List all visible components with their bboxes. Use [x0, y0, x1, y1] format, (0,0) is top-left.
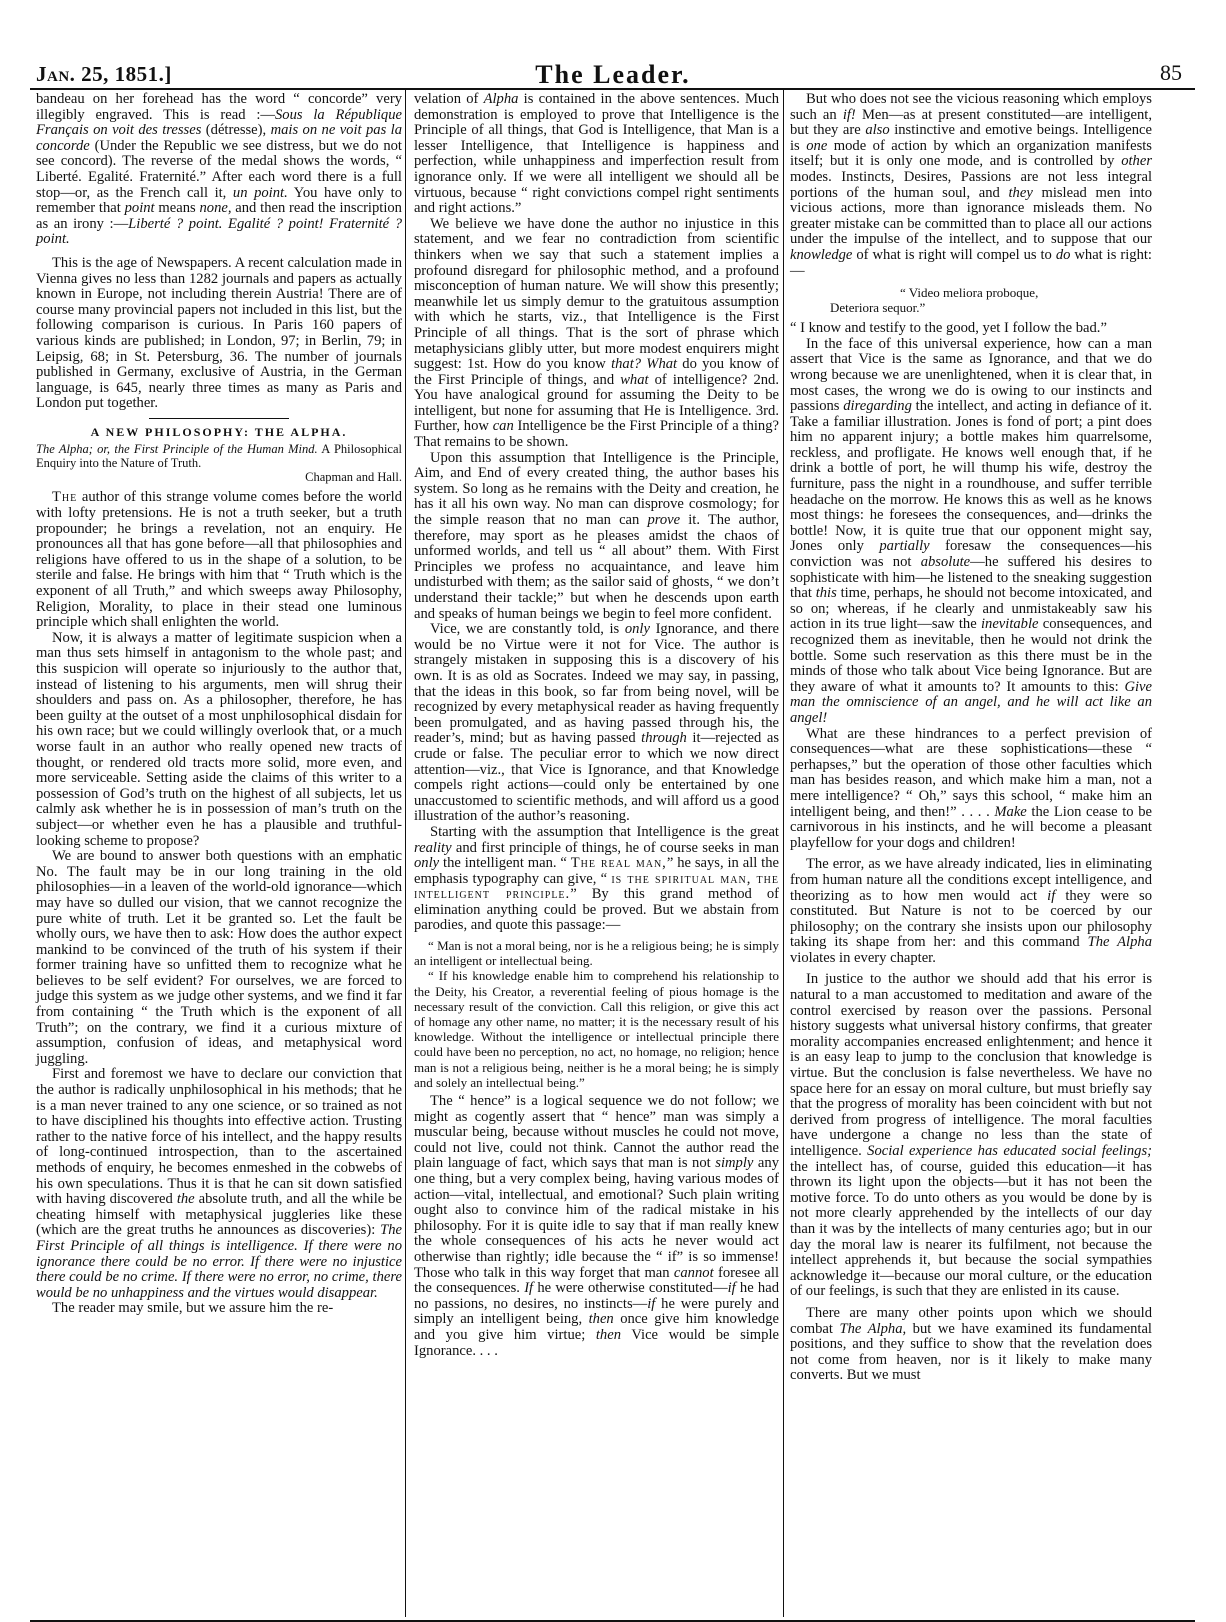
text: Starting with the assumption that Intell…	[430, 824, 779, 840]
text-italic: knowledge	[790, 247, 852, 263]
text-italic: what	[620, 372, 648, 388]
text-italic: only	[625, 621, 650, 637]
paragraph-medal: bandeau on her forehead has the word “ c…	[36, 92, 402, 248]
quote-paragraph: “ Man is not a moral being, nor is he a …	[414, 938, 779, 968]
text-italic: point	[125, 200, 155, 216]
text: In justice to the author we should add t…	[790, 971, 1152, 1159]
book-title: The Alpha; or, the First Principle of th…	[36, 442, 318, 456]
text: mode of action by which an organization …	[790, 138, 1152, 170]
paragraph: The reader may smile, but we assure him …	[36, 1301, 402, 1317]
paragraph: First and foremost we have to declare ou…	[36, 1067, 402, 1301]
text: velation of	[414, 91, 484, 107]
drop-lead: The	[52, 489, 77, 505]
paragraph: Starting with the assumption that Intell…	[414, 825, 779, 934]
paragraph: In justice to the author we should add t…	[790, 972, 1152, 1299]
text: any one thing, but a very complex being,…	[414, 1155, 779, 1280]
text-italic: only	[414, 855, 439, 871]
newspaper-title: The Leader.	[0, 60, 1226, 90]
paragraph: But who does not see the vicious reasoni…	[790, 92, 1152, 279]
column-2: velation of Alpha is contained in the ab…	[414, 92, 779, 1359]
paragraph: In the face of this universal experience…	[790, 337, 1152, 727]
text-italic: the	[177, 1191, 195, 1207]
paragraph: Vice, we are constantly told, is only Ig…	[414, 622, 779, 825]
text-italic: if!	[843, 107, 856, 123]
text: author of this strange volume comes befo…	[36, 489, 402, 630]
text-italic: can	[493, 418, 514, 434]
text-italic: partially	[879, 538, 929, 554]
text: (détresse),	[201, 122, 270, 138]
text: of what is right will compel us to	[852, 247, 1055, 263]
column-3: But who does not see the vicious reasoni…	[790, 92, 1152, 1384]
paragraph: “ I know and testify to the good, yet I …	[790, 321, 1152, 337]
text: the intelligent man. “	[439, 855, 571, 871]
verse-line: “ Video meliora proboque,	[790, 285, 1152, 300]
paragraph: The author of this strange volume comes …	[36, 490, 402, 630]
paragraph: We believe we have done the author no in…	[414, 217, 779, 451]
text-italic: cannot	[674, 1265, 714, 1281]
latin-verse: “ Video meliora proboque, Deteriora sequ…	[790, 285, 1152, 315]
text: means	[155, 200, 200, 216]
text: and first principle of things, he of cou…	[452, 840, 779, 856]
text-italic: un point.	[233, 185, 288, 201]
text-italic: prove	[647, 512, 680, 528]
text: Vice, we are constantly told, is	[430, 621, 625, 637]
paragraph: Now, it is always a matter of legitimate…	[36, 631, 402, 849]
text-italic: absolute	[921, 554, 970, 570]
text-italic: If	[524, 1280, 533, 1296]
paragraph: Upon this assumption that Intelligence i…	[414, 451, 779, 623]
column-divider	[783, 90, 784, 1617]
text-italic: also	[865, 122, 889, 138]
header-rule	[30, 88, 1195, 90]
text: is contained in the above sentences. Muc…	[414, 91, 779, 216]
text-italic: What	[646, 356, 677, 372]
article-headline: A NEW PHILOSOPHY: THE ALPHA.	[36, 425, 402, 441]
text: the intellect has, of course, guided thi…	[790, 1159, 1152, 1300]
page-number: 85	[1160, 60, 1182, 86]
text-italic: reality	[414, 840, 452, 856]
text: the intellect, and acting in defiance of…	[790, 398, 1152, 554]
text-italic: that?	[611, 356, 641, 372]
block-quote: “ Man is not a moral being, nor is he a …	[414, 938, 779, 1090]
masthead: Jan. 25, 1851.] The Leader. 85	[0, 60, 1226, 90]
text-small-caps: The real man,	[571, 855, 667, 871]
paragraph: What are these hindrances to a perfect p…	[790, 727, 1152, 852]
text-italic: one	[806, 138, 827, 154]
text: it. The author, therefore, may sport as …	[414, 512, 779, 622]
book-reference: The Alpha; or, the First Principle of th…	[36, 442, 402, 470]
verse-line: Deteriora sequor.”	[790, 300, 1152, 315]
text: Ignorance, and there would be no Virtue …	[414, 621, 779, 746]
quote-paragraph: “ If his knowledge enable him to compreh…	[414, 968, 779, 1090]
text-italic: through	[641, 730, 687, 746]
text-italic: simply	[715, 1155, 753, 1171]
column-divider	[405, 90, 406, 1617]
text-italic: then	[589, 1311, 614, 1327]
text: violates in every chapter.	[790, 950, 936, 966]
text-italic: diregarding	[843, 398, 912, 414]
paragraph: There are many other points upon which w…	[790, 1306, 1152, 1384]
section-separator	[149, 418, 289, 419]
text-italic: Social experience has educated social fe…	[867, 1143, 1152, 1159]
text-italic: other	[1121, 153, 1152, 169]
paragraph: We are bound to answer both questions wi…	[36, 849, 402, 1067]
paragraph: The error, as we have already indicated,…	[790, 857, 1152, 966]
text-italic: Make	[994, 804, 1026, 820]
text-italic: do	[1056, 247, 1071, 263]
text-italic: none,	[199, 200, 231, 216]
text-italic: if	[728, 1280, 736, 1296]
paragraph: The “ hence” is a logical sequence we do…	[414, 1094, 779, 1359]
text-italic: they	[1009, 185, 1033, 201]
text: First and foremost we have to declare ou…	[36, 1066, 402, 1207]
paragraph-newspapers: This is the age of Newspapers. A recent …	[36, 256, 402, 412]
text-italic: Alpha	[484, 91, 519, 107]
publisher: Chapman and Hall.	[36, 470, 402, 484]
text: he were otherwise constituted—	[533, 1280, 727, 1296]
text-italic: The Alpha,	[839, 1321, 906, 1337]
text-italic: then	[596, 1327, 621, 1343]
text-italic: inevitable	[981, 616, 1039, 632]
paragraph: velation of Alpha is contained in the ab…	[414, 92, 779, 217]
text: We believe we have done the author no in…	[414, 216, 779, 372]
text-italic: The Alpha	[1088, 934, 1152, 950]
text-italic: this	[816, 585, 837, 601]
column-1: bandeau on her forehead has the word “ c…	[36, 92, 402, 1317]
